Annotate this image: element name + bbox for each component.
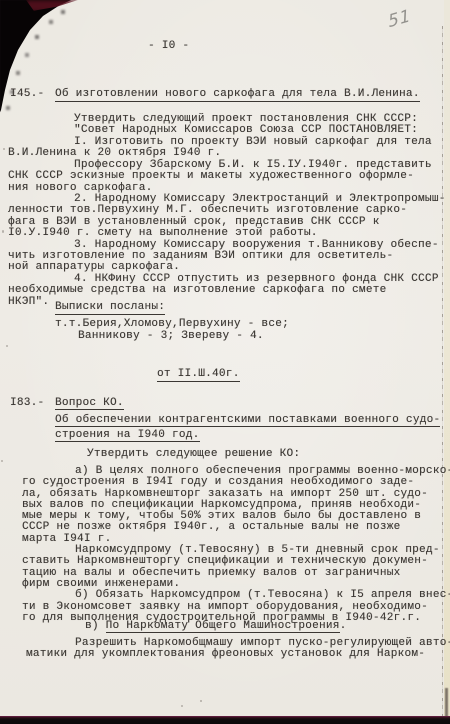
item-183-title-line: Об обеспечении контрагентскими поставкам… [55, 414, 440, 426]
scan-corner-specks [0, 0, 2, 2]
text-line: I0.У.I940 г. смету на выполнение этой ра… [8, 228, 446, 239]
item-145-number: I45.- [10, 88, 44, 100]
extracts-recipients-line: Ванникову - 3; Звереву - 4. [78, 330, 264, 342]
scan-speck [6, 345, 8, 347]
sub-v-prefix: в) [85, 620, 106, 632]
extracts-recipients-line: т.т.Берия,Хломову,Первухину - все; [55, 318, 289, 330]
text-line: необходимые средства на изготовление сар… [8, 285, 446, 296]
scan-bottom-bar [0, 716, 450, 724]
scan-speck [1, 460, 3, 462]
text-line: ставить Наркомвнешторгу спецификации и т… [22, 556, 446, 567]
item-183-title-line: строения на I940 год. [55, 429, 200, 441]
item-183-number: I83.- [10, 397, 44, 409]
item-145-body: Утвердить следующий проект постановления… [8, 114, 446, 308]
sub-v-period: . [340, 620, 347, 632]
scan-speck [2, 230, 4, 233]
text-line: СНК СССР эскизные проекты и макеты худож… [8, 171, 446, 182]
text-line: б) Обязать Наркомсудпром (т.Тевосяна) к … [22, 590, 446, 601]
text-line: го судостроения в I94I году и создания н… [22, 477, 446, 488]
scan-speck [3, 148, 5, 150]
item-145-title: Об изготовлении нового саркофага для тел… [55, 88, 420, 100]
item-183-body: а) В целях полного обеспечения программы… [22, 466, 446, 624]
item-183-sub-v-heading: в) По Наркомату Общего Машиностроения. [85, 620, 347, 632]
item-183-subject-text: Вопрос КО. [55, 397, 124, 411]
text-line: матики для укомплектования фреоновых уст… [26, 648, 425, 660]
item-183-title-text: строения на I940 год. [55, 429, 200, 443]
item-183-title-text: Об обеспечении контрагентскими поставкам… [55, 414, 440, 428]
item-145-title-text: Об изготовлении нового саркофага для тел… [55, 88, 420, 102]
item-183-intro: Утвердить следующее решение КО: [87, 448, 300, 460]
session-date-text: от II.Ш.40г. [157, 368, 240, 382]
text-line: В.И.Ленина к 20 октября I940 г. [8, 148, 446, 159]
item-183-subject: Вопрос КО. [55, 397, 124, 409]
scanned-document-page: { "colors":{"paper":"#edeae4","ink":"#3b… [0, 0, 450, 724]
page-number: - I0 - [148, 40, 189, 52]
scan-speck [200, 700, 202, 702]
sub-v-title-text: По Наркомату Общего Машиностроения [106, 620, 340, 634]
scan-speck [181, 705, 183, 707]
session-date-heading: от II.Ш.40г. [157, 368, 240, 380]
extracts-heading: Выписки посланы: [55, 301, 165, 313]
extracts-heading-text: Выписки посланы: [55, 301, 165, 315]
